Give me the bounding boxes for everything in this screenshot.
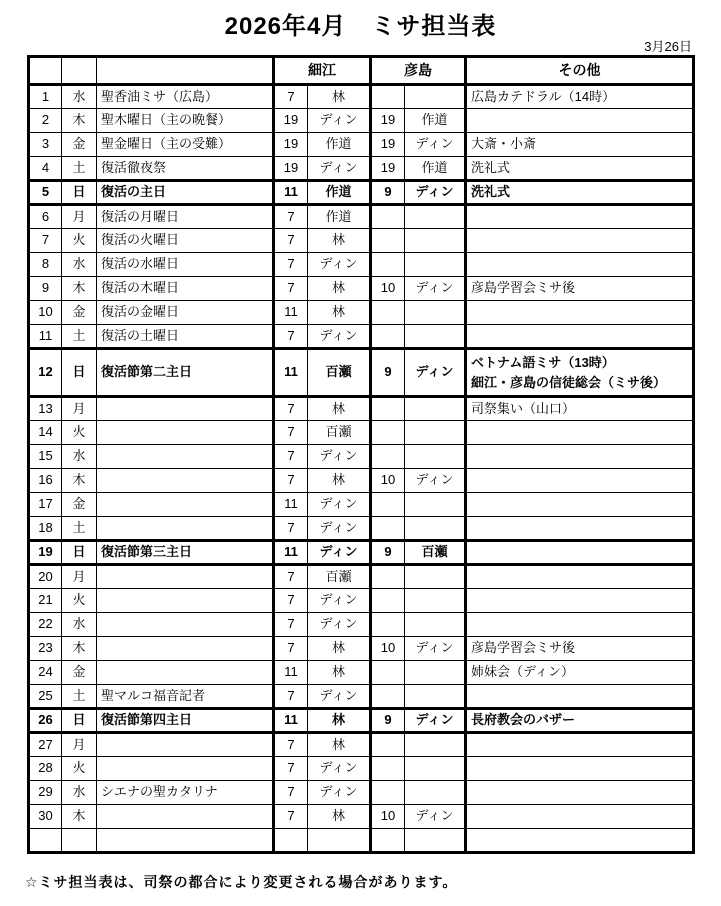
cell-other: [466, 829, 694, 853]
cell-hosoe-name: ディン: [308, 157, 371, 181]
cell-hosoe-time: 7: [274, 229, 308, 253]
cell-event: [97, 469, 274, 493]
cell-day: 27: [29, 733, 62, 757]
cell-hosoe-name: ディン: [308, 253, 371, 277]
cell-weekday: 月: [62, 205, 97, 229]
cell-other: [466, 781, 694, 805]
header-event-blank: [97, 57, 274, 85]
cell-hikoshima-time: [371, 493, 405, 517]
cell-other: 長府教会のバザー: [466, 709, 694, 733]
cell-hosoe-name: 百瀬: [308, 349, 371, 397]
cell-weekday: 金: [62, 133, 97, 157]
cell-weekday: 土: [62, 157, 97, 181]
cell-hosoe-time: 7: [274, 589, 308, 613]
document-page: 2026年4月 ミサ担当表 3月26日 細江 彦島 その他 1水聖香油ミサ（広島…: [0, 0, 721, 906]
cell-weekday: 木: [62, 109, 97, 133]
cell-hikoshima-time: [371, 397, 405, 421]
cell-other: 洗礼式: [466, 181, 694, 205]
cell-hikoshima-name: [405, 397, 466, 421]
cell-weekday: 水: [62, 781, 97, 805]
table-row: 27月7林: [29, 733, 694, 757]
cell-other: [466, 421, 694, 445]
cell-hikoshima-name: [405, 661, 466, 685]
cell-hikoshima-time: [371, 757, 405, 781]
cell-hikoshima-time: 19: [371, 133, 405, 157]
cell-hosoe-time: 7: [274, 685, 308, 709]
cell-day: 21: [29, 589, 62, 613]
cell-weekday: 水: [62, 613, 97, 637]
cell-hikoshima-time: [371, 829, 405, 853]
table-row: 18土7ディン: [29, 517, 694, 541]
cell-hikoshima-name: [405, 829, 466, 853]
cell-hosoe-time: 7: [274, 757, 308, 781]
cell-weekday: 水: [62, 253, 97, 277]
cell-hikoshima-name: [405, 493, 466, 517]
cell-hikoshima-name: [405, 757, 466, 781]
table-row: 7火復活の火曜日7林: [29, 229, 694, 253]
cell-hosoe-name: 作道: [308, 205, 371, 229]
table-row: 1水聖香油ミサ（広島）7林広島カテドラル（14時）: [29, 85, 694, 109]
cell-hosoe-name: ディン: [308, 685, 371, 709]
cell-hosoe-time: 11: [274, 541, 308, 565]
table-row: 9木復活の木曜日7林10ディン彦島学習会ミサ後: [29, 277, 694, 301]
cell-hikoshima-name: [405, 733, 466, 757]
cell-event: 復活の火曜日: [97, 229, 274, 253]
cell-hikoshima-time: 9: [371, 709, 405, 733]
cell-event: [97, 637, 274, 661]
cell-other: [466, 229, 694, 253]
cell-day: 15: [29, 445, 62, 469]
cell-day: 6: [29, 205, 62, 229]
cell-hikoshima-time: [371, 589, 405, 613]
cell-hikoshima-name: 作道: [405, 109, 466, 133]
cell-hikoshima-name: ディン: [405, 637, 466, 661]
cell-hikoshima-name: [405, 685, 466, 709]
cell-weekday: 火: [62, 757, 97, 781]
table-row: 26日復活節第四主日11林9ディン長府教会のバザー: [29, 709, 694, 733]
cell-day: 23: [29, 637, 62, 661]
cell-hosoe-time: 11: [274, 493, 308, 517]
cell-day: 1: [29, 85, 62, 109]
cell-event: 復活の土曜日: [97, 325, 274, 349]
cell-hosoe-time: 11: [274, 709, 308, 733]
cell-other: [466, 109, 694, 133]
cell-weekday: 土: [62, 685, 97, 709]
table-row: 6月復活の月曜日7作道: [29, 205, 694, 229]
cell-day: 3: [29, 133, 62, 157]
cell-day: 20: [29, 565, 62, 589]
cell-event: 復活の木曜日: [97, 277, 274, 301]
cell-other: 彦島学習会ミサ後: [466, 637, 694, 661]
table-row: 3金聖金曜日（主の受難）19作道19ディン大斎・小斎: [29, 133, 694, 157]
cell-hikoshima-name: ディン: [405, 181, 466, 205]
cell-other: [466, 205, 694, 229]
cell-hosoe-name: ディン: [308, 541, 371, 565]
cell-hikoshima-time: [371, 85, 405, 109]
cell-hosoe-time: 7: [274, 805, 308, 829]
cell-hikoshima-name: ディン: [405, 133, 466, 157]
cell-event: [97, 589, 274, 613]
cell-day: 25: [29, 685, 62, 709]
cell-hosoe-name: ディン: [308, 613, 371, 637]
cell-hikoshima-time: 9: [371, 349, 405, 397]
page-title: 2026年4月 ミサ担当表: [0, 6, 721, 41]
cell-hosoe-name: 林: [308, 301, 371, 325]
cell-hikoshima-name: ディン: [405, 277, 466, 301]
cell-hosoe-time: 7: [274, 325, 308, 349]
cell-hosoe-time: 7: [274, 637, 308, 661]
cell-hikoshima-time: 10: [371, 277, 405, 301]
cell-hosoe-name: ディン: [308, 325, 371, 349]
cell-event: [97, 493, 274, 517]
cell-hosoe-name: ディン: [308, 781, 371, 805]
table-row: 5日復活の主日11作道9ディン洗礼式: [29, 181, 694, 205]
cell-hikoshima-name: [405, 301, 466, 325]
cell-hosoe-time: 7: [274, 445, 308, 469]
table-row: 21火7ディン: [29, 589, 694, 613]
cell-hosoe-name: 林: [308, 229, 371, 253]
cell-hikoshima-time: [371, 253, 405, 277]
cell-event: [97, 421, 274, 445]
cell-weekday: 木: [62, 277, 97, 301]
table-row: 29水シエナの聖カタリナ7ディン: [29, 781, 694, 805]
cell-hosoe-name: ディン: [308, 757, 371, 781]
cell-hikoshima-name: [405, 517, 466, 541]
cell-other: [466, 589, 694, 613]
cell-hosoe-time: 11: [274, 349, 308, 397]
cell-hosoe-time: 7: [274, 397, 308, 421]
cell-weekday: 金: [62, 493, 97, 517]
cell-hosoe-time: 7: [274, 85, 308, 109]
cell-other: 洗礼式: [466, 157, 694, 181]
cell-hosoe-time: 7: [274, 733, 308, 757]
cell-hikoshima-name: [405, 781, 466, 805]
cell-hikoshima-name: [405, 421, 466, 445]
cell-hosoe-name: ディン: [308, 517, 371, 541]
cell-hikoshima-time: 10: [371, 469, 405, 493]
header-hikoshima: 彦島: [371, 57, 466, 85]
cell-hosoe-name: 百瀬: [308, 421, 371, 445]
cell-hosoe-name: 林: [308, 397, 371, 421]
cell-other: [466, 445, 694, 469]
table-row: 19日復活節第三主日11ディン9百瀬: [29, 541, 694, 565]
cell-day: 11: [29, 325, 62, 349]
table-row: 23木7林10ディン彦島学習会ミサ後: [29, 637, 694, 661]
cell-other: [466, 733, 694, 757]
cell-weekday: 日: [62, 349, 97, 397]
cell-hikoshima-time: [371, 661, 405, 685]
cell-event: 復活の月曜日: [97, 205, 274, 229]
cell-weekday: 水: [62, 445, 97, 469]
cell-day: 29: [29, 781, 62, 805]
cell-event: [97, 445, 274, 469]
cell-day: 17: [29, 493, 62, 517]
issue-date: 3月26日: [644, 36, 692, 55]
cell-day: 8: [29, 253, 62, 277]
cell-hosoe-name: ディン: [308, 493, 371, 517]
cell-day: 12: [29, 349, 62, 397]
cell-weekday: 日: [62, 181, 97, 205]
cell-hosoe-time: 19: [274, 157, 308, 181]
cell-event: 復活節第二主日: [97, 349, 274, 397]
cell-hikoshima-name: [405, 589, 466, 613]
cell-other: [466, 493, 694, 517]
cell-other: [466, 517, 694, 541]
cell-weekday: 水: [62, 85, 97, 109]
cell-weekday: 月: [62, 565, 97, 589]
cell-weekday: 火: [62, 421, 97, 445]
cell-hikoshima-time: 10: [371, 637, 405, 661]
cell-hikoshima-name: [405, 565, 466, 589]
cell-hosoe-name: 林: [308, 709, 371, 733]
cell-hosoe-time: 11: [274, 181, 308, 205]
cell-day: 9: [29, 277, 62, 301]
cell-other: [466, 469, 694, 493]
table-row: 12日復活節第二主日11百瀬9ディンベトナム語ミサ（13時）細江・彦島の信徒総会…: [29, 349, 694, 397]
table-row: 11土復活の土曜日7ディン: [29, 325, 694, 349]
cell-day: [29, 829, 62, 853]
table-row: [29, 829, 694, 853]
cell-day: 24: [29, 661, 62, 685]
table-row: 24金11林姉妹会（ディン）: [29, 661, 694, 685]
cell-hikoshima-time: [371, 517, 405, 541]
cell-weekday: 金: [62, 301, 97, 325]
cell-hosoe-time: 11: [274, 301, 308, 325]
cell-other: [466, 253, 694, 277]
cell-day: 22: [29, 613, 62, 637]
table-row: 28火7ディン: [29, 757, 694, 781]
cell-event: [97, 805, 274, 829]
cell-day: 7: [29, 229, 62, 253]
cell-weekday: 土: [62, 517, 97, 541]
cell-weekday: 火: [62, 229, 97, 253]
cell-other: [466, 301, 694, 325]
cell-weekday: 日: [62, 541, 97, 565]
cell-event: 聖金曜日（主の受難）: [97, 133, 274, 157]
cell-event: [97, 829, 274, 853]
cell-weekday: 月: [62, 733, 97, 757]
cell-weekday: 木: [62, 805, 97, 829]
cell-hikoshima-name: [405, 205, 466, 229]
cell-hikoshima-time: [371, 733, 405, 757]
cell-other: 彦島学習会ミサ後: [466, 277, 694, 301]
cell-hosoe-time: 7: [274, 565, 308, 589]
cell-day: 14: [29, 421, 62, 445]
cell-hikoshima-name: [405, 85, 466, 109]
header-day-blank: [29, 57, 62, 85]
cell-other: [466, 805, 694, 829]
cell-event: 復活の水曜日: [97, 253, 274, 277]
table-row: 2木聖木曜日（主の晩餐）19ディン19作道: [29, 109, 694, 133]
cell-weekday: 金: [62, 661, 97, 685]
cell-hosoe-time: [274, 829, 308, 853]
cell-hosoe-name: ディン: [308, 589, 371, 613]
cell-day: 2: [29, 109, 62, 133]
table-row: 8水復活の水曜日7ディン: [29, 253, 694, 277]
cell-hosoe-name: ディン: [308, 445, 371, 469]
table-row: 14火7百瀬: [29, 421, 694, 445]
cell-hosoe-name: 林: [308, 85, 371, 109]
cell-hosoe-time: 7: [274, 205, 308, 229]
cell-hosoe-name: ディン: [308, 109, 371, 133]
cell-hikoshima-time: 9: [371, 541, 405, 565]
footnote: ☆ミサ担当表は、司祭の都合により変更される場合があります。: [25, 872, 457, 892]
cell-hikoshima-name: [405, 445, 466, 469]
cell-weekday: 火: [62, 589, 97, 613]
cell-hikoshima-name: ディン: [405, 709, 466, 733]
cell-hikoshima-time: [371, 421, 405, 445]
cell-hikoshima-name: [405, 613, 466, 637]
header-row: 細江 彦島 その他: [29, 57, 694, 85]
cell-hikoshima-time: [371, 565, 405, 589]
cell-day: 19: [29, 541, 62, 565]
cell-other: 司祭集い（山口）: [466, 397, 694, 421]
cell-hosoe-time: 7: [274, 517, 308, 541]
table-row: 13月7林司祭集い（山口）: [29, 397, 694, 421]
cell-hikoshima-name: [405, 229, 466, 253]
table-row: 4土復活徹夜祭19ディン19作道洗礼式: [29, 157, 694, 181]
roster-body: 1水聖香油ミサ（広島）7林広島カテドラル（14時）2木聖木曜日（主の晩餐）19デ…: [29, 85, 694, 853]
cell-event: [97, 397, 274, 421]
cell-weekday: 日: [62, 709, 97, 733]
cell-hosoe-name: 林: [308, 469, 371, 493]
table-row: 17金11ディン: [29, 493, 694, 517]
cell-event: [97, 517, 274, 541]
cell-hosoe-time: 7: [274, 253, 308, 277]
cell-hosoe-time: 7: [274, 421, 308, 445]
cell-hikoshima-time: [371, 781, 405, 805]
header-other: その他: [466, 57, 694, 85]
table-row: 22水7ディン: [29, 613, 694, 637]
cell-event: 聖マルコ福音記者: [97, 685, 274, 709]
table-row: 20月7百瀬: [29, 565, 694, 589]
cell-hosoe-time: 19: [274, 109, 308, 133]
cell-event: [97, 661, 274, 685]
cell-other: 広島カテドラル（14時）: [466, 85, 694, 109]
cell-hikoshima-time: [371, 229, 405, 253]
table-row: 25土聖マルコ福音記者7ディン: [29, 685, 694, 709]
cell-hosoe-time: 19: [274, 133, 308, 157]
cell-hikoshima-name: [405, 253, 466, 277]
cell-hosoe-name: 林: [308, 637, 371, 661]
cell-event: [97, 733, 274, 757]
cell-hikoshima-name: ディン: [405, 805, 466, 829]
cell-day: 16: [29, 469, 62, 493]
header-hosoe: 細江: [274, 57, 371, 85]
cell-day: 10: [29, 301, 62, 325]
cell-hikoshima-time: [371, 613, 405, 637]
cell-weekday: [62, 829, 97, 853]
cell-event: 復活の金曜日: [97, 301, 274, 325]
cell-event: 復活節第四主日: [97, 709, 274, 733]
cell-hikoshima-name: ディン: [405, 469, 466, 493]
cell-weekday: 月: [62, 397, 97, 421]
cell-hikoshima-time: [371, 325, 405, 349]
cell-hosoe-time: 7: [274, 469, 308, 493]
cell-hosoe-time: 11: [274, 661, 308, 685]
cell-other: [466, 325, 694, 349]
cell-hosoe-time: 7: [274, 277, 308, 301]
cell-hosoe-name: [308, 829, 371, 853]
cell-hosoe-name: 作道: [308, 181, 371, 205]
cell-hosoe-name: 林: [308, 277, 371, 301]
table-row: 10金復活の金曜日11林: [29, 301, 694, 325]
cell-hikoshima-time: 19: [371, 109, 405, 133]
cell-day: 5: [29, 181, 62, 205]
cell-other: [466, 685, 694, 709]
cell-day: 13: [29, 397, 62, 421]
cell-other: ベトナム語ミサ（13時）細江・彦島の信徒総会（ミサ後）: [466, 349, 694, 397]
cell-event: 聖香油ミサ（広島）: [97, 85, 274, 109]
cell-hosoe-name: 林: [308, 733, 371, 757]
cell-hosoe-time: 7: [274, 613, 308, 637]
cell-other: 大斎・小斎: [466, 133, 694, 157]
cell-hikoshima-name: ディン: [405, 349, 466, 397]
cell-other: 姉妹会（ディン）: [466, 661, 694, 685]
cell-day: 28: [29, 757, 62, 781]
cell-hosoe-name: 林: [308, 661, 371, 685]
cell-other: [466, 541, 694, 565]
cell-hikoshima-time: 10: [371, 805, 405, 829]
table-row: 15水7ディン: [29, 445, 694, 469]
cell-hikoshima-name: 百瀬: [405, 541, 466, 565]
cell-hosoe-name: 作道: [308, 133, 371, 157]
cell-other: [466, 613, 694, 637]
roster-table: 細江 彦島 その他 1水聖香油ミサ（広島）7林広島カテドラル（14時）2木聖木曜…: [27, 55, 695, 854]
cell-hikoshima-time: [371, 205, 405, 229]
cell-hosoe-name: 林: [308, 805, 371, 829]
cell-event: [97, 613, 274, 637]
cell-hikoshima-time: [371, 685, 405, 709]
cell-hikoshima-name: [405, 325, 466, 349]
cell-hikoshima-time: 19: [371, 157, 405, 181]
cell-day: 26: [29, 709, 62, 733]
cell-weekday: 土: [62, 325, 97, 349]
cell-event: 復活徹夜祭: [97, 157, 274, 181]
table-row: 16木7林10ディン: [29, 469, 694, 493]
cell-event: 聖木曜日（主の晩餐）: [97, 109, 274, 133]
cell-event: [97, 757, 274, 781]
cell-other: [466, 565, 694, 589]
cell-event: 復活の主日: [97, 181, 274, 205]
table-row: 30木7林10ディン: [29, 805, 694, 829]
cell-hikoshima-time: [371, 301, 405, 325]
cell-event: [97, 565, 274, 589]
cell-day: 18: [29, 517, 62, 541]
cell-event: 復活節第三主日: [97, 541, 274, 565]
header-weekday-blank: [62, 57, 97, 85]
cell-hikoshima-time: [371, 445, 405, 469]
cell-hosoe-time: 7: [274, 781, 308, 805]
cell-day: 4: [29, 157, 62, 181]
cell-hosoe-name: 百瀬: [308, 565, 371, 589]
cell-weekday: 木: [62, 637, 97, 661]
cell-hikoshima-time: 9: [371, 181, 405, 205]
cell-other: [466, 757, 694, 781]
cell-day: 30: [29, 805, 62, 829]
cell-event: シエナの聖カタリナ: [97, 781, 274, 805]
cell-weekday: 木: [62, 469, 97, 493]
cell-hikoshima-name: 作道: [405, 157, 466, 181]
